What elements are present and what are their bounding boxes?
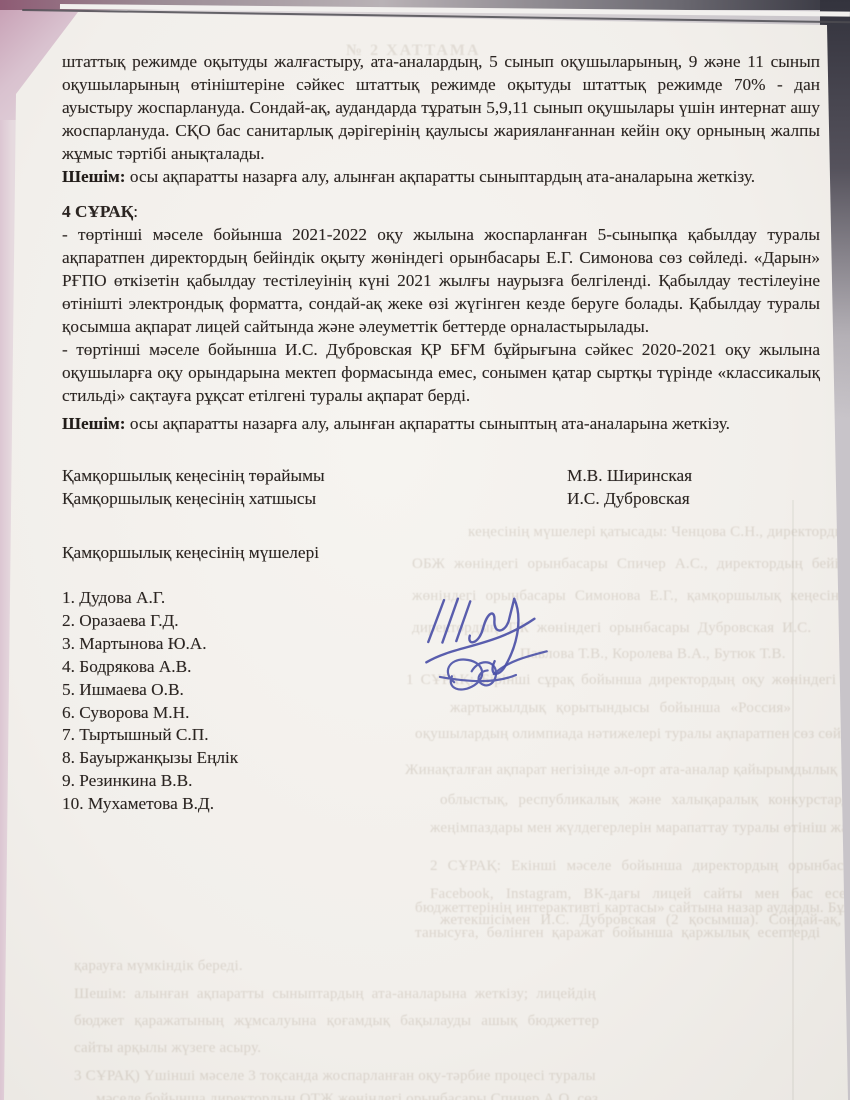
members-list: 1. Дудова А.Г. 2. Оразаева Г.Д. 3. Марты… [62,587,820,816]
member-item: 1. Дудова А.Г. [62,587,820,610]
document-body: штаттық режимде оқытуды жалғастыру, ата-… [62,50,820,816]
member-item: 10. Мухаметова В.Д. [62,793,820,816]
member-item: 6. Суворова М.Н. [62,702,820,725]
member-item: 8. Бауыржанқызы Еңлік [62,747,820,770]
member-item: 7. Тыртышный С.П. [62,724,820,747]
bleedthrough-line: Шешім: алынған ақпаратты сыныптардың ата… [74,986,596,1003]
bleedthrough-line: бюджет қаражатының жұмсалуына қоғамдық б… [74,1013,599,1030]
paper-sheet: № 2 ХАТТАМА кеңесінің мүшелері қатысады:… [0,0,850,1100]
decision-2-label: Шешім: [62,414,126,433]
member-item: 2. Оразаева Г.Д. [62,610,820,633]
secretary-role-label: Қамқоршылық кеңесінің хатшысы [62,487,497,510]
question-4-paragraph-admission: - төртінші мәселе бойынша 2021-2022 оқу … [62,223,820,338]
member-item: 5. Ишмаева О.В. [62,679,820,702]
bleedthrough-line: сайты арқылы жүзеге асыру. [74,1040,261,1057]
decision-2-text: осы ақпаратты назарға алу, алынған ақпар… [126,414,730,433]
signature-block: Қамқоршылық кеңесінің төрайымы М.В. Шири… [62,464,820,510]
decision-1-label: Шешім: [62,167,126,186]
signature-row-chairman: Қамқоршылық кеңесінің төрайымы М.В. Шири… [62,464,820,487]
bleedthrough-line: бюджеттерінің интерактивті картасы» сайт… [415,900,850,917]
question-4-heading: 4 СҰРАҚ: [62,200,820,223]
bleedthrough-line: танысуға, бөлінген қаражат бойынша қаржы… [415,925,820,942]
bleedthrough-line: қарауға мүмкіндік береді. [74,958,243,975]
chairman-name: М.В. Ширинская [567,464,692,487]
signature-row-secretary: Қамқоршылық кеңесінің хатшысы И.С. Дубро… [62,487,820,510]
chairman-role-label: Қамқоршылық кеңесінің төрайымы [62,464,497,487]
bleedthrough-line: мәселе бойынша директордың ОТЖ жөніндегі… [96,1091,598,1100]
decision-1-text: осы ақпаратты назарға алу, алынған ақпар… [126,167,756,186]
paragraph-staff-regime: штаттық режимде оқытуды жалғастыру, ата-… [62,50,820,165]
scanned-document-canvas: № 2 ХАТТАМА кеңесінің мүшелері қатысады:… [0,0,850,1100]
bleedthrough-line: жеңімпаздары мен жүлдегерлерін марапатта… [430,820,850,837]
member-item: 3. Мартынова Ю.А. [62,633,820,656]
question-4-paragraph-uniform: - төртінші мәселе бойынша И.С. Дубровска… [62,338,820,407]
decision-1: Шешім: осы ақпаратты назарға алу, алынға… [62,165,820,188]
member-item: 4. Бодрякова А.В. [62,656,820,679]
decision-2: Шешім: осы ақпаратты назарға алу, алынға… [62,412,820,435]
bleedthrough-line: 3 СҰРАҚ) Үшінші мәселе 3 тоқсанда жоспар… [74,1068,596,1085]
bleedthrough-line: 2 СҰРАҚ: Екінші мәселе бойынша директорд… [430,858,850,875]
members-heading: Қамқоршылық кеңесінің мүшелері [62,541,820,564]
member-item: 9. Резинкина В.В. [62,770,820,793]
secretary-name: И.С. Дубровская [567,487,690,510]
